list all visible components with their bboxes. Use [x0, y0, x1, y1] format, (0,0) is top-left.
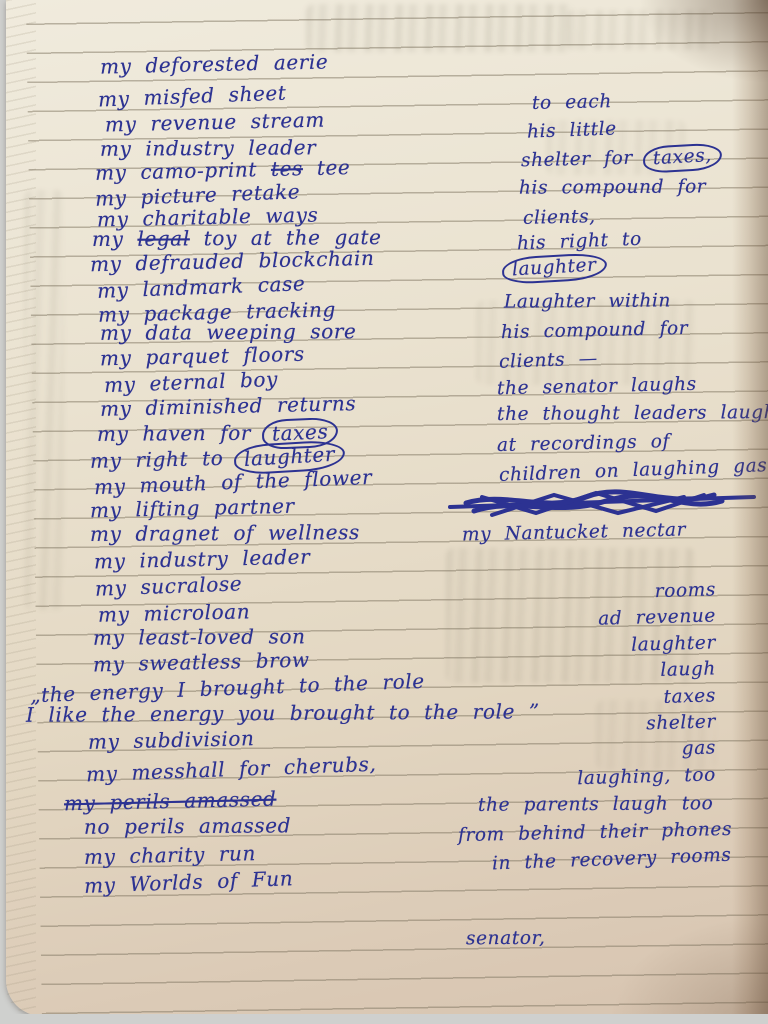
- circled-word: laughter: [501, 252, 607, 285]
- line-text: laughter: [631, 632, 716, 655]
- poem-line: my lifting partner: [90, 494, 295, 523]
- poem-line: the parents laugh too: [478, 793, 714, 816]
- struck-word: tes: [271, 156, 303, 181]
- line-text: shelter: [646, 711, 716, 734]
- line-text: my revenue stream: [105, 108, 325, 137]
- line-text: ad revenue: [598, 606, 716, 630]
- desk-surface: [0, 1014, 768, 1024]
- line-text: clients —: [499, 348, 598, 373]
- line-text: taxes: [663, 685, 716, 707]
- scribbled-out-line: [446, 483, 758, 525]
- poem-line: shelter for taxes,: [521, 144, 720, 175]
- line-text: his little: [527, 118, 617, 142]
- line-text: my haven for: [97, 421, 265, 446]
- poem-line: his compound for: [519, 176, 706, 198]
- poem-line: my industry leader: [94, 545, 311, 574]
- poem-line: my microloan: [98, 599, 251, 626]
- poem-line: Laughter within: [504, 290, 671, 312]
- struck-line: my perils amassed: [64, 787, 277, 816]
- poem-line: clients —: [499, 348, 598, 373]
- line-text: gas: [681, 738, 716, 760]
- poem-line: my data weeping sore: [100, 319, 357, 345]
- poem-line: to each: [532, 91, 612, 114]
- poem-line: my dragnet of wellness: [90, 520, 360, 546]
- poem-line: my least-loved son: [93, 624, 306, 649]
- line-text: my charity run: [84, 841, 257, 869]
- line-text: my sweatless brow: [93, 648, 310, 677]
- line-text: no perils amassed: [84, 813, 291, 838]
- poem-line: my charity run: [84, 841, 257, 869]
- line-text: Laughter within: [504, 290, 671, 312]
- line-text: clients,: [523, 206, 596, 229]
- line-text: my right to: [90, 446, 238, 473]
- line-text: his compound for: [519, 176, 706, 198]
- line-text: my dragnet of wellness: [90, 520, 360, 546]
- notebook-photo: my deforested aerie my misfed sheet my r…: [0, 0, 768, 1024]
- line-text: I like the energy you brought to the rol…: [26, 699, 540, 727]
- line-text: senator,: [466, 928, 546, 950]
- line-text: my industry leader: [94, 545, 311, 574]
- line-text: my: [92, 227, 138, 251]
- line-text: rooms: [654, 579, 716, 602]
- page-curl-right-edge: [732, 0, 768, 1024]
- corner-shadow-top-right: [628, 0, 768, 90]
- poem-line: his compound for: [501, 318, 689, 343]
- corner-shadow-bottom-right: [608, 914, 768, 1024]
- line-text: shelter for: [521, 147, 647, 171]
- line-text: at recordings of: [497, 431, 670, 456]
- line-text: to each: [532, 91, 612, 114]
- word-list-item: laughing, too: [528, 764, 717, 796]
- poem-line: I like the energy you brought to the rol…: [26, 699, 540, 727]
- poem-line: at recordings of: [497, 431, 670, 456]
- poem-line: my sweatless brow: [93, 648, 310, 677]
- line-text: my lifting partner: [90, 494, 295, 523]
- poem-line: my perils amassed: [64, 787, 277, 816]
- circled-word: taxes,: [643, 142, 723, 173]
- line-text: the thought leaders laugh: [497, 402, 768, 425]
- poem-line: laughter: [505, 254, 604, 283]
- line-text: tee: [303, 155, 351, 180]
- poem-line: the thought leaders laugh: [497, 402, 768, 425]
- struck-word: legal: [137, 226, 190, 250]
- poem-line: my subdivision: [88, 726, 255, 754]
- line-text: my subdivision: [88, 726, 255, 754]
- footer-word: senator,: [466, 928, 546, 950]
- line-text: the parents laugh too: [478, 793, 714, 816]
- line-text: his compound for: [501, 318, 689, 343]
- line-text: laugh: [660, 659, 716, 682]
- word-list: rooms ad revenue laughter laugh taxes sh…: [528, 582, 716, 793]
- line-text: my least-loved son: [93, 624, 306, 649]
- poem-line: no perils amassed: [84, 813, 291, 838]
- line-text: my microloan: [98, 599, 251, 626]
- poem-line: my revenue stream: [105, 108, 325, 137]
- poem-line: clients,: [523, 206, 596, 229]
- line-text: laughing, too: [577, 764, 716, 789]
- line-text: my data weeping sore: [100, 319, 357, 345]
- poem-line: his little: [527, 118, 617, 142]
